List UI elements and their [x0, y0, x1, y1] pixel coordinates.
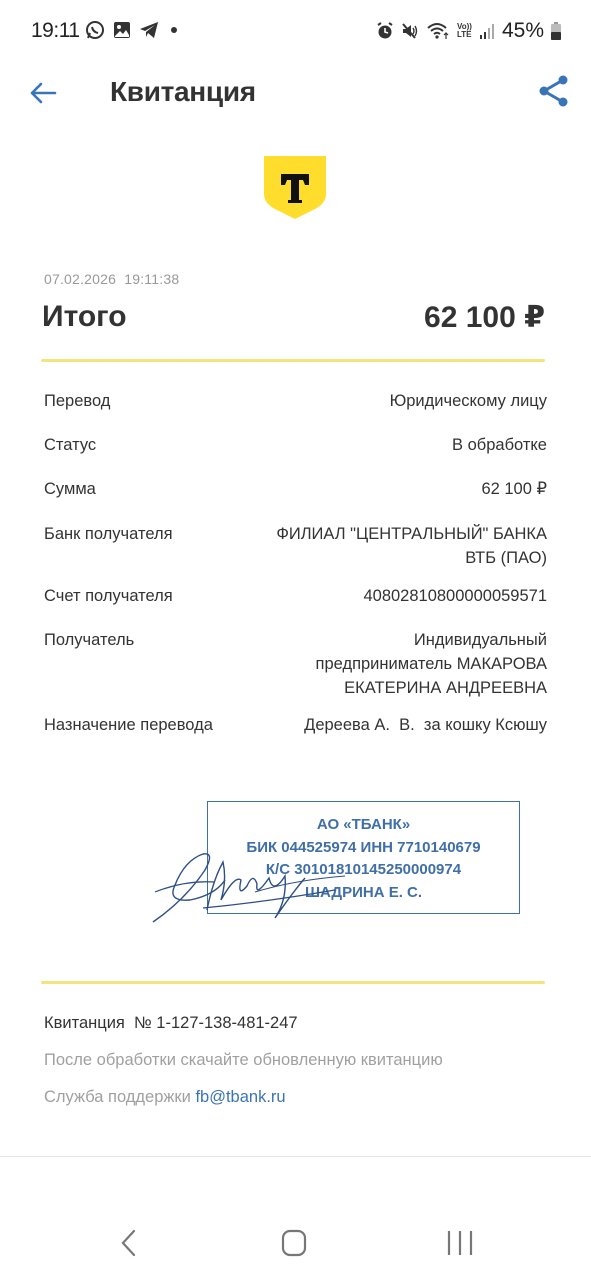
mute-icon	[401, 22, 419, 40]
support-label: Служба поддержки	[44, 1088, 195, 1106]
back-icon	[110, 1228, 150, 1258]
detail-row-status: Статус В обработке	[44, 433, 547, 457]
signature-icon	[145, 840, 375, 930]
detail-row-recipient: Получатель Индивидуальный предпринимател…	[44, 628, 547, 700]
share-icon	[537, 74, 571, 108]
row-label: Статус	[44, 433, 96, 457]
recent-apps-icon	[440, 1228, 480, 1258]
stamp-bank-name: АО «ТБАНК»	[208, 814, 519, 837]
detail-row-purpose: Назначение перевода Дереева А. В. за кош…	[44, 713, 547, 737]
receipt-datetime: 07.02.2026 19:11:38	[44, 271, 179, 287]
status-bar: 19:11 Vo)) LTE 45%	[0, 0, 591, 60]
tbank-shield-icon	[263, 156, 327, 220]
battery-percent: 45%	[502, 19, 544, 43]
receipt-number: Квитанция № 1-127-138-481-247	[44, 1014, 298, 1033]
row-value: 40802810800000059571	[363, 584, 547, 608]
nav-back-button[interactable]	[110, 1228, 150, 1258]
detail-row-recipient-account: Счет получателя 40802810800000059571	[44, 584, 547, 608]
support-line: Служба поддержки fb@tbank.ru	[44, 1088, 286, 1107]
system-nav-bar	[0, 1200, 591, 1280]
row-value: В обработке	[452, 433, 547, 457]
detail-row-amount: Сумма 62 100 ₽	[44, 477, 547, 501]
row-value: 62 100 ₽	[481, 477, 547, 501]
row-value: Дереева А. В. за кошку Ксюшу	[304, 713, 547, 737]
row-label: Сумма	[44, 477, 96, 501]
home-icon	[274, 1228, 314, 1258]
detail-row-recipient-bank: Банк получателя ФИЛИАЛ "ЦЕНТРАЛЬНЫЙ" БАН…	[44, 522, 547, 570]
notification-icons	[85, 20, 181, 40]
arrow-left-icon	[26, 76, 60, 110]
alarm-icon	[376, 22, 394, 40]
status-time: 19:11	[31, 19, 80, 43]
tbank-logo	[263, 156, 327, 220]
telegram-icon	[139, 21, 159, 39]
row-value: Юридическому лицу	[390, 389, 547, 413]
signal-icon	[479, 22, 495, 40]
gallery-icon	[113, 21, 131, 39]
divider	[0, 1156, 591, 1157]
battery-icon	[551, 22, 561, 40]
row-value: Индивидуальный предприниматель МАКАРОВА …	[316, 628, 547, 700]
row-label: Получатель	[44, 628, 134, 700]
system-icons: Vo)) LTE 45%	[376, 19, 561, 43]
nav-recent-apps-button[interactable]	[440, 1228, 480, 1258]
row-label: Счет получателя	[44, 584, 173, 608]
support-email-link[interactable]: fb@tbank.ru	[195, 1088, 285, 1106]
app-bar: Квитанция	[0, 60, 591, 124]
row-label: Перевод	[44, 389, 110, 413]
divider-yellow	[41, 359, 545, 362]
dot-icon	[167, 23, 181, 37]
row-value: ФИЛИАЛ "ЦЕНТРАЛЬНЫЙ" БАНКА ВТБ (ПАО)	[276, 522, 547, 570]
whatsapp-icon	[85, 20, 105, 40]
wifi-icon	[426, 22, 450, 40]
divider-yellow	[41, 981, 545, 984]
page-title: Квитанция	[110, 76, 256, 108]
back-button[interactable]	[26, 76, 60, 110]
volte-lte-icon: Vo)) LTE	[457, 23, 472, 39]
detail-row-transfer-type: Перевод Юридическому лицу	[44, 389, 547, 413]
row-label: Банк получателя	[44, 522, 173, 570]
total-label: Итого	[42, 300, 127, 334]
share-button[interactable]	[537, 74, 571, 108]
total-value: 62 100 ₽	[424, 300, 545, 335]
processing-note: После обработки скачайте обновленную кви…	[44, 1051, 443, 1070]
nav-home-button[interactable]	[274, 1228, 314, 1258]
row-label: Назначение перевода	[44, 713, 213, 737]
